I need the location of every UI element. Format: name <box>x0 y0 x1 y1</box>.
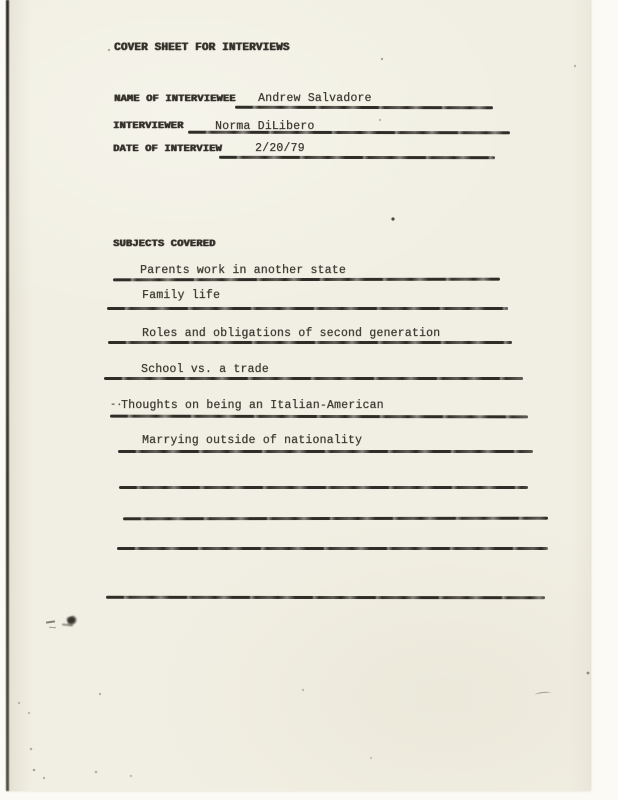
ink-smudge-tail <box>62 623 73 626</box>
scan-specks <box>6 0 8 2</box>
blank-line-rule <box>106 596 545 599</box>
subject-item: Marrying outside of nationality <box>142 434 362 447</box>
field-underline-interviewer <box>188 131 510 135</box>
field-label-interviewer: INTERVIEWER <box>113 120 183 132</box>
page: COVER SHEET FOR INTERVIEWS NAME OF INTER… <box>6 0 590 791</box>
subject-item: Thoughts on being an Italian-American <box>121 399 384 412</box>
subject-underline <box>113 278 500 281</box>
blank-line-rule <box>123 517 548 520</box>
field-value-interview-date: 2/20/79 <box>255 142 305 155</box>
field-value-interviewee-name: Andrew Salvadore <box>258 92 372 105</box>
document-title: COVER SHEET FOR INTERVIEWS <box>114 42 290 54</box>
field-underline-interviewee <box>235 106 493 109</box>
ink-smudge-dash <box>49 627 56 629</box>
scanned-document: COVER SHEET FOR INTERVIEWS NAME OF INTER… <box>0 0 618 800</box>
subject-item: School vs. a trade <box>141 363 269 376</box>
subject-underline <box>118 450 533 453</box>
field-label-date-of-interview: DATE OF INTERVIEW <box>113 143 222 155</box>
subject-underline <box>104 377 523 380</box>
blank-line-rule <box>119 486 528 489</box>
field-label-name-of-interviewee: NAME OF INTERVIEWEE <box>114 93 236 105</box>
subject-underline <box>110 415 528 418</box>
field-underline-date <box>219 156 495 159</box>
subject-item: Roles and obligations of second generati… <box>142 327 440 340</box>
subject-underline <box>107 307 508 310</box>
section-heading-subjects-covered: SUBJECTS COVERED <box>113 238 215 250</box>
blank-line-rule <box>117 547 548 550</box>
scan-squiggle-mark <box>535 691 551 697</box>
subject-item: Family life <box>142 289 220 302</box>
ink-smudge-dash <box>46 620 55 623</box>
subject-underline <box>108 341 512 344</box>
subject-item: Parents work in another state <box>140 264 346 277</box>
page-left-edge <box>6 0 9 791</box>
